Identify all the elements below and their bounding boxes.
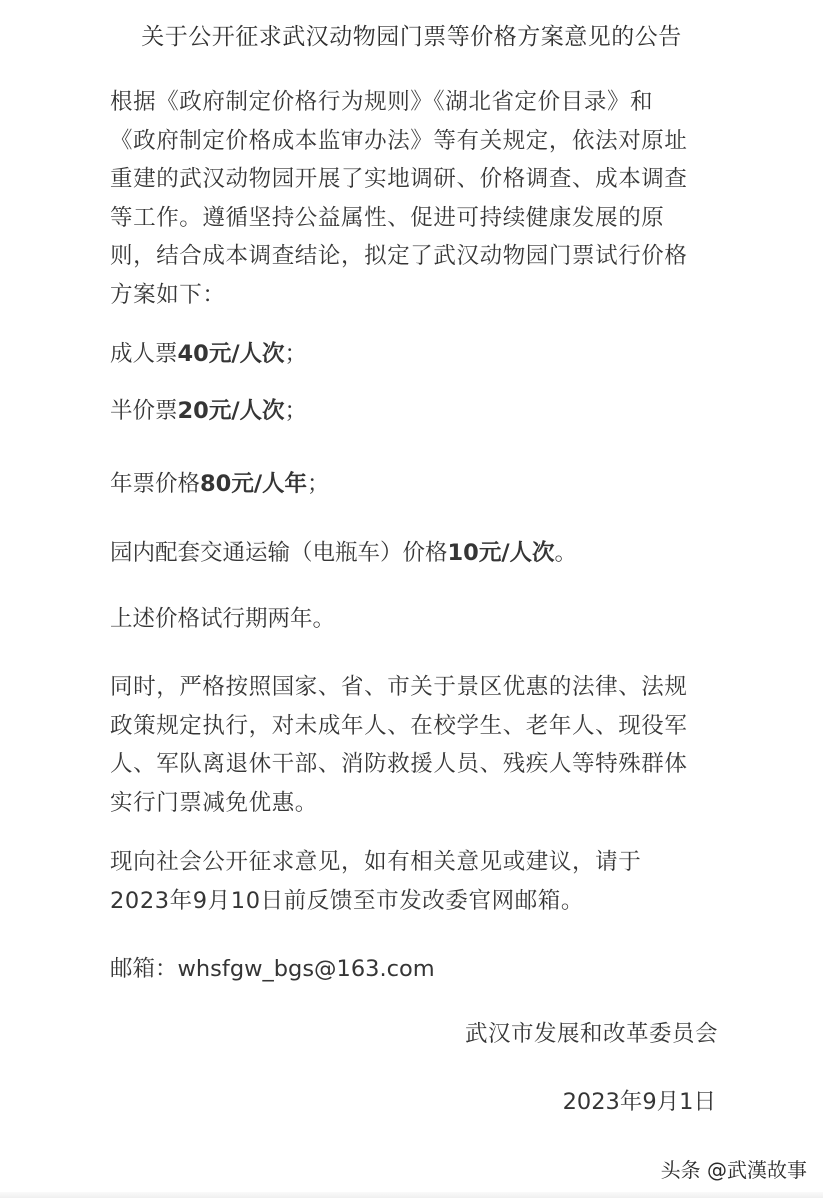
email-label: 邮箱： xyxy=(110,956,178,982)
email-address[interactable]: whsfgw_bgs@163.com xyxy=(178,956,435,982)
price-label: 园内配套交通运输（电瓶车）价格 xyxy=(110,540,448,566)
price-amount: 40元/人次 xyxy=(178,341,285,367)
price-amount: 10元/人次 xyxy=(448,540,555,566)
discount-paragraph: 同时，严格按照国家、省、市关于景区优惠的法律、法规 政策规定执行，对未成年人、在… xyxy=(110,668,722,822)
price-adult-ticket: 成人票40元/人次； xyxy=(110,336,307,368)
discount-line: 实行门票减免优惠。 xyxy=(110,784,722,823)
price-half-ticket: 半价票20元/人次； xyxy=(110,393,307,425)
intro-line: 根据《政府制定价格行为规则》《湖北省定价目录》和 xyxy=(110,83,722,122)
price-amount: 20元/人次 xyxy=(178,398,285,424)
price-label: 年票价格 xyxy=(110,471,200,497)
feedback-line: 2023年9月10日前反馈至市发改委官网邮箱。 xyxy=(110,882,722,921)
feedback-paragraph: 现向社会公开征求意见，如有相关意见或建议，请于 2023年9月10日前反馈至市发… xyxy=(110,843,722,920)
price-punct: 。 xyxy=(555,540,578,566)
price-punct: ； xyxy=(285,398,308,424)
discount-line: 同时，严格按照国家、省、市关于景区优惠的法律、法规 xyxy=(110,668,722,707)
discount-line: 人、军队离退休干部、消防救援人员、残疾人等特殊群体 xyxy=(110,745,722,784)
discount-line: 政策规定执行，对未成年人、在校学生、老年人、现役军 xyxy=(110,707,722,746)
price-label: 半价票 xyxy=(110,398,178,424)
intro-line: 等工作。遵循坚持公益属性、促进可持续健康发展的原 xyxy=(110,199,722,238)
price-shuttle: 园内配套交通运输（电瓶车）价格10元/人次。 xyxy=(110,535,577,567)
bottom-edge xyxy=(0,1192,823,1198)
price-annual-ticket: 年票价格80元/人年； xyxy=(110,466,330,498)
price-punct: ； xyxy=(285,341,308,367)
intro-line: 则，结合成本调查结论，拟定了武汉动物园门票试行价格 xyxy=(110,237,722,276)
issuing-authority: 武汉市发展和改革委员会 xyxy=(465,1016,718,1048)
price-amount: 80元/人年 xyxy=(200,471,307,497)
feedback-line: 现向社会公开征求意见，如有相关意见或建议，请于 xyxy=(110,843,722,882)
price-label: 成人票 xyxy=(110,341,178,367)
watermark: 头条 @武漢故事 xyxy=(661,1154,807,1183)
trial-period: 上述价格试行期两年。 xyxy=(110,601,335,633)
notice-title: 关于公开征求武汉动物园门票等价格方案意见的公告 xyxy=(0,18,823,51)
price-punct: ； xyxy=(307,471,330,497)
intro-line: 重建的武汉动物园开展了实地调研、价格调查、成本调查 xyxy=(110,160,722,199)
intro-line: 《政府制定价格成本监审办法》等有关规定，依法对原址 xyxy=(110,122,722,161)
intro-paragraph: 根据《政府制定价格行为规则》《湖北省定价目录》和 《政府制定价格成本监审办法》等… xyxy=(110,83,722,314)
intro-line: 方案如下： xyxy=(110,276,722,315)
email-line: 邮箱：whsfgw_bgs@163.com xyxy=(110,951,435,983)
issue-date: 2023年9月1日 xyxy=(563,1084,716,1116)
